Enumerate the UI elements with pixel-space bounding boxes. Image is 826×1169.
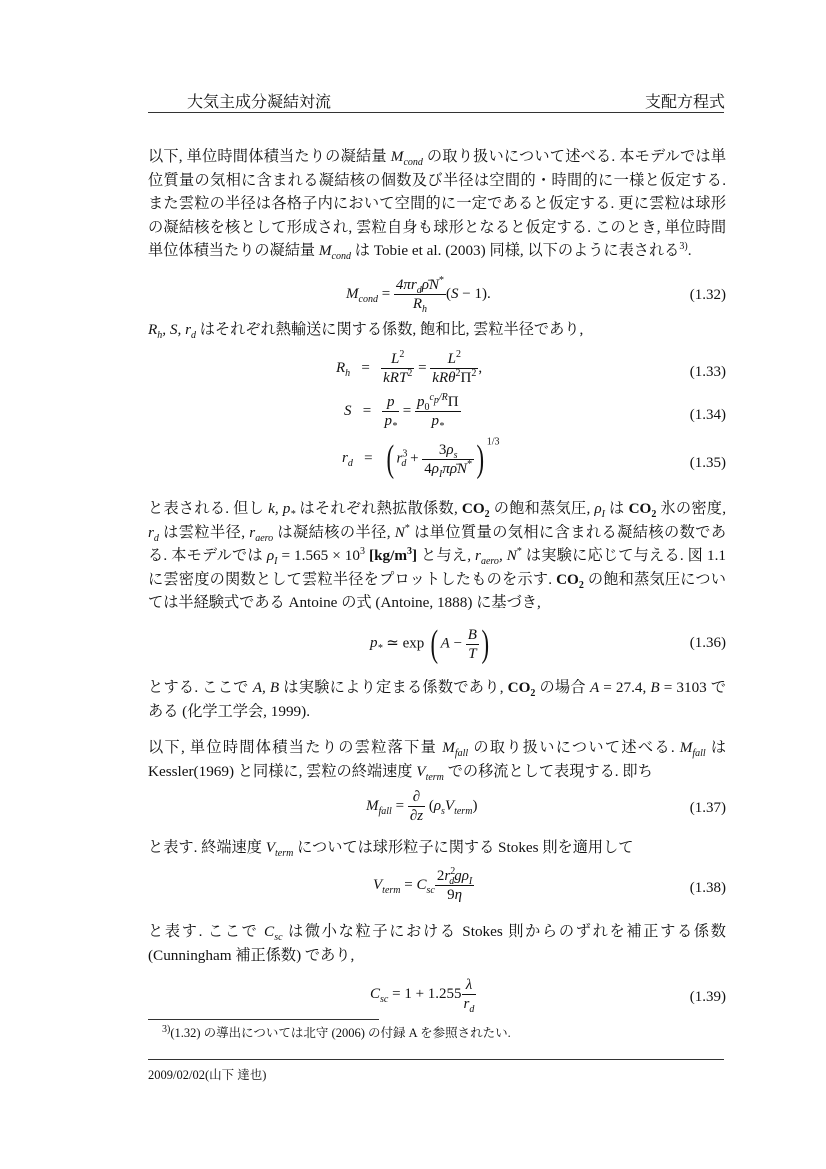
text: は Tobie et al. (2003) 同様, 以下のように表される — [351, 242, 679, 259]
text: は — [605, 500, 629, 517]
equation-number: (1.33) — [690, 364, 726, 381]
text: は雲粒半径, — [159, 524, 249, 541]
running-header-section: 支配方程式 — [645, 89, 725, 112]
equation-number: (1.38) — [690, 880, 726, 897]
paragraph-definitions: と表される. 但し k, p* はそれぞれ熱拡散係数, CO2 の飽和蒸気圧, … — [148, 497, 726, 615]
paragraph-variables: Rh, S, rd はそれぞれ熱輸送に関する係数, 飽和比, 雲粒半径であり, — [148, 318, 726, 342]
equation-1-39: Csc = 1 + 1.255λrd — [370, 976, 476, 1013]
footer-rule — [148, 1059, 724, 1060]
equation-number: (1.36) — [690, 635, 726, 652]
equation-number: (1.39) — [690, 989, 726, 1006]
equation-1-32: Mcond = 4πrdρ̄N*Rh(S − 1). — [346, 276, 491, 313]
text: CO — [629, 500, 652, 517]
equation-number: (1.35) — [690, 455, 726, 472]
footer-date-author: 2009/02/02(山下 達也) — [148, 1065, 266, 1083]
text: 以下, 単位時間体積当たりの雲粒落下量 — [148, 739, 442, 756]
text: の飽和蒸気圧, — [490, 500, 595, 517]
text: 氷の密度, — [656, 500, 726, 517]
equation-1-35: rd = (r3d + 3ρs4ρIπρ̄N*)1/3 — [342, 440, 500, 478]
equation-number: (1.32) — [690, 287, 726, 304]
text: の場合 — [535, 679, 590, 696]
paragraph-cunningham: と表す. ここで Csc は微小な粒子における Stokes 則からのずれを補正… — [148, 920, 726, 967]
paragraph-terminal-velocity: と表す. 終端速度 Vterm については球形粒子に関する Stokes 則を適… — [148, 836, 726, 860]
text: とする. ここで — [148, 679, 253, 696]
text: 以下, 単位時間体積当たりの凝結量 — [148, 148, 391, 165]
text: = 1.565 × 10 — [281, 547, 360, 564]
text: CO — [462, 500, 485, 517]
text: [kg/m — [365, 547, 407, 564]
text: CO — [508, 679, 531, 696]
text: と表す. ここで — [148, 923, 264, 940]
text: は凝結核の半径, — [273, 524, 395, 541]
footnote-text: (1.32) の導出については北守 (2006) の付録 A を参照されたい. — [170, 1026, 510, 1040]
text: = 3103 — [660, 679, 707, 696]
footnote: 3)(1.32) の導出については北守 (2006) の付録 A を参照されたい… — [162, 1023, 511, 1041]
equation-1-38: Vterm = Csc2r2dgρI9η — [373, 867, 474, 904]
text: はそれぞれ熱輸送に関する係数, 飽和比, 雲粒半径であり, — [196, 321, 583, 338]
text: については球形粒子に関する Stokes 則を適用して — [293, 839, 633, 856]
equation-number: (1.37) — [690, 800, 726, 817]
running-header-title: 大気主成分凝結対流 — [187, 89, 331, 112]
paragraph-antoine-coefficients: とする. ここで A, B は実験により定まる係数であり, CO2 の場合 A … — [148, 676, 726, 723]
footnote-ref[interactable]: 3) — [679, 241, 687, 252]
text: での移流として表現する. 即ち — [444, 763, 653, 780]
equation-1-36: p* ≃ exp (A − BT) — [370, 625, 492, 663]
text: = 27.4, — [599, 679, 650, 696]
text: は実験により定まる係数であり, — [279, 679, 507, 696]
equation-1-34: S = pp* = p0cp/RΠp* — [344, 393, 461, 430]
equation-number: (1.34) — [690, 407, 726, 424]
paragraph-condensation-intro: 以下, 単位時間体積当たりの凝結量 Mcond の取り扱いについて述べる. 本モ… — [148, 145, 726, 263]
header-rule — [148, 112, 724, 113]
text: CO — [556, 571, 579, 588]
text: と表す. 終端速度 — [148, 839, 266, 856]
paragraph-fall-intro: 以下, 単位時間体積当たりの雲粒落下量 Mfall の取り扱いについて述べる. … — [148, 736, 726, 783]
text: と与え, — [417, 547, 475, 564]
text: と表される. 但し — [148, 500, 268, 517]
text: . — [688, 242, 692, 259]
equation-1-37: Mfall = ∂∂z (ρsVterm) — [366, 788, 477, 825]
text: の取り扱いについて述べる. — [468, 739, 680, 756]
footnote-rule — [148, 1019, 379, 1020]
equation-1-33: Rh = L2kRT2 = L2kRθ2Π2, — [336, 350, 482, 387]
text: はそれぞれ熱拡散係数, — [295, 500, 462, 517]
